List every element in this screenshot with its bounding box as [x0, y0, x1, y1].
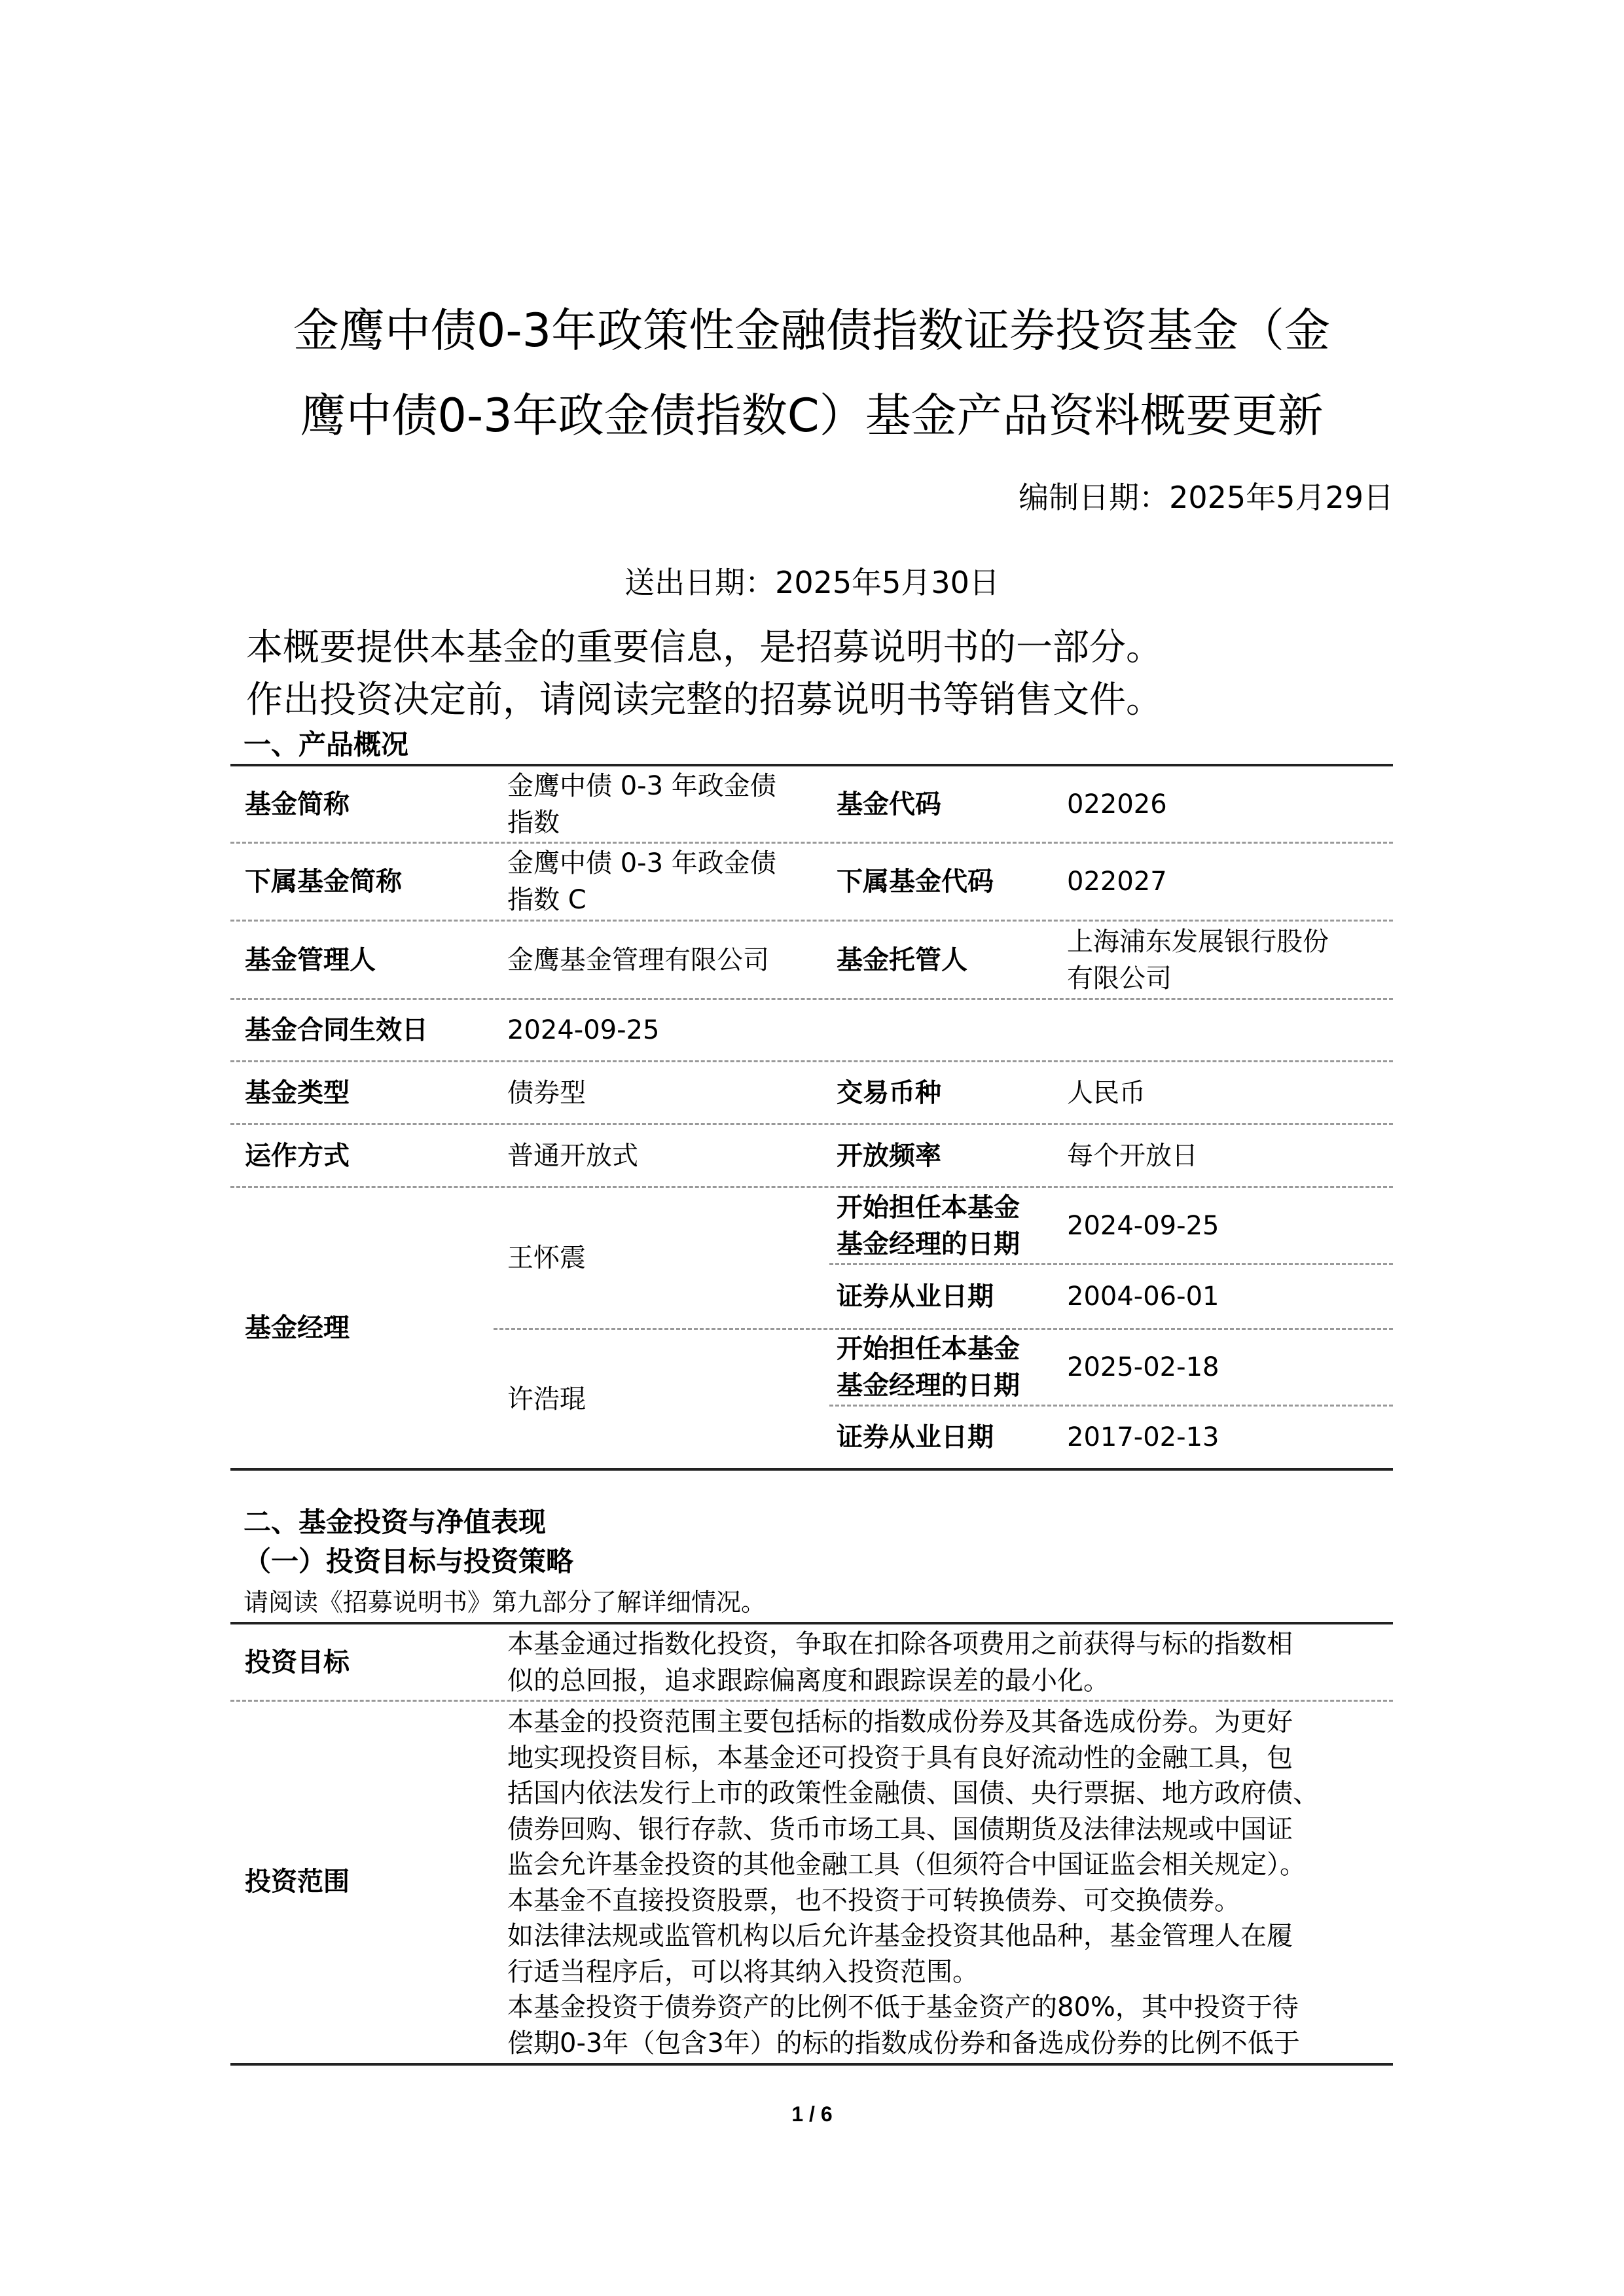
- row-divider: [230, 1060, 1393, 1062]
- label-fund-short-name: 基金简称: [245, 766, 350, 842]
- label-subfund-short-name: 下属基金简称: [245, 844, 402, 920]
- text-line: 如法律法规或监管机构以后允许基金投资其他品种，基金管理人在履: [507, 1918, 1293, 1954]
- product-overview-table: 基金简称 金鹰中债 0-3 年政金债 指数 基金代码 022026 下属基金简称…: [230, 764, 1393, 1471]
- section-1-heading: 一、产品概况: [244, 726, 408, 763]
- value-career-start-date: 2017-02-13: [1067, 1407, 1219, 1468]
- text-line: 偿期0-3年（包含3年）的标的指数成份券和备选成份券的比例不低于: [507, 2026, 1300, 2062]
- value-line: 上海浦东发展银行股份: [1067, 924, 1329, 960]
- value-line: 金鹰中债 0-3 年政金债: [507, 845, 776, 882]
- section-2-heading: 二、基金投资与净值表现: [244, 1504, 546, 1541]
- value-line: 指数 C: [507, 882, 586, 918]
- text-line: 本基金投资于债券资产的比例不低于基金资产的80%，其中投资于待: [507, 1990, 1299, 2026]
- label-fund-code: 基金代码: [837, 766, 941, 842]
- label-operation-mode: 运作方式: [245, 1125, 350, 1186]
- value-custodian: 上海浦东发展银行股份 有限公司: [1067, 922, 1329, 998]
- manager-name: 许浩琨: [507, 1330, 586, 1468]
- value-fund-short-name: 金鹰中债 0-3 年政金债 指数: [507, 766, 776, 842]
- investment-strategy-table: 投资目标 本基金通过指数化投资，争取在扣除各项费用之前获得与标的指数相 似的总回…: [230, 1622, 1393, 2067]
- value-career-start-date: 2004-06-01: [1067, 1265, 1219, 1328]
- row-divider: [230, 1123, 1393, 1125]
- table-bottom-rule: [230, 1468, 1393, 1471]
- label-trading-currency: 交易币种: [837, 1062, 941, 1123]
- text-line: 地实现投资目标，本基金还可投资于具有良好流动性的金融工具，包: [507, 1740, 1293, 1776]
- label-line: 基金经理的日期: [837, 1226, 1020, 1263]
- page-number: 1 / 6: [0, 2102, 1624, 2126]
- label-manager-start-date: 开始担任本基金 基金经理的日期: [837, 1330, 1020, 1405]
- compile-date: 编制日期：2025年5月29日: [1019, 478, 1394, 517]
- text-line: 本基金的投资范围主要包括标的指数成份券及其备选成份券。为更好: [507, 1704, 1293, 1740]
- document-title-line-1: 金鹰中债0-3年政策性金融债指数证券投资基金（金: [230, 288, 1393, 373]
- value-subfund-short-name: 金鹰中债 0-3 年政金债 指数 C: [507, 844, 776, 920]
- value-line: 金鹰中债 0-3 年政金债: [507, 768, 776, 804]
- value-fund-type: 债券型: [507, 1062, 586, 1123]
- value-trading-currency: 人民币: [1067, 1062, 1146, 1123]
- value-manager-start-date: 2024-09-25: [1067, 1188, 1219, 1263]
- value-investment-scope: 本基金的投资范围主要包括标的指数成份券及其备选成份券。为更好 地实现投资目标，本…: [507, 1704, 1319, 2062]
- text-line: 债券回购、银行存款、货币市场工具、国债期货及法律法规或中国证: [507, 1812, 1293, 1848]
- text-line: 行适当程序后，可以将其纳入投资范围。: [507, 1954, 979, 1990]
- label-contract-effective-date: 基金合同生效日: [245, 1000, 428, 1060]
- label-career-start-date: 证券从业日期: [837, 1407, 994, 1468]
- label-fund-type: 基金类型: [245, 1062, 350, 1123]
- row-divider: [230, 842, 1393, 844]
- manager-name: 王怀震: [507, 1188, 586, 1328]
- value-line: 指数: [507, 804, 560, 841]
- value-investment-objective: 本基金通过指数化投资，争取在扣除各项费用之前获得与标的指数相 似的总回报，追求跟…: [507, 1624, 1293, 1700]
- intro-line-1: 本概要提供本基金的重要信息，是招募说明书的一部分。: [246, 622, 1163, 674]
- text-line: 似的总回报，追求跟踪偏离度和跟踪误差的最小化。: [507, 1662, 1110, 1699]
- intro-line-2: 作出投资决定前，请阅读完整的招募说明书等销售文件。: [246, 674, 1163, 726]
- label-career-start-date: 证券从业日期: [837, 1265, 994, 1328]
- label-line: 开始担任本基金: [837, 1331, 1020, 1367]
- value-contract-effective-date: 2024-09-25: [507, 1000, 659, 1060]
- prospectus-note: 请阅读《招募说明书》第九部分了解详细情况。: [244, 1585, 766, 1619]
- value-fund-manager-company: 金鹰基金管理有限公司: [507, 922, 769, 998]
- label-fund-managers: 基金经理: [245, 1188, 350, 1468]
- text-line: 括国内依法发行上市的政策性金融债、国债、央行票据、地方政府债、: [507, 1776, 1319, 1812]
- table-top-rule: [230, 764, 1393, 766]
- value-subfund-code: 022027: [1067, 844, 1167, 920]
- value-fund-code: 022026: [1067, 766, 1167, 842]
- label-custodian: 基金托管人: [837, 922, 967, 998]
- label-investment-objective: 投资目标: [245, 1624, 350, 1700]
- section-2-subheading: （一）投资目标与投资策略: [244, 1543, 573, 1580]
- label-line: 基金经理的日期: [837, 1367, 1020, 1404]
- value-operation-mode: 普通开放式: [507, 1125, 638, 1186]
- text-line: 监会允许基金投资的其他金融工具（但须符合中国证监会相关规定）。: [507, 1847, 1306, 1883]
- table-bottom-rule: [230, 2063, 1393, 2066]
- label-manager-start-date: 开始担任本基金 基金经理的日期: [837, 1188, 1020, 1263]
- label-subfund-code: 下属基金代码: [837, 844, 994, 920]
- label-investment-scope: 投资范围: [245, 1702, 350, 2062]
- value-line: 有限公司: [1067, 960, 1172, 997]
- row-divider: [230, 1700, 1393, 1702]
- send-date: 送出日期：2025年5月30日: [0, 563, 1624, 602]
- label-line: 开始担任本基金: [837, 1189, 1020, 1226]
- label-fund-manager-company: 基金管理人: [245, 922, 376, 998]
- document-title-line-2: 鹰中债0-3年政金债指数C）基金产品资料概要更新: [230, 373, 1393, 458]
- value-open-frequency: 每个开放日: [1067, 1125, 1198, 1186]
- text-line: 本基金通过指数化投资，争取在扣除各项费用之前获得与标的指数相: [507, 1626, 1293, 1662]
- value-manager-start-date: 2025-02-18: [1067, 1330, 1219, 1405]
- label-open-frequency: 开放频率: [837, 1125, 941, 1186]
- text-line: 本基金不直接投资股票，也不投资于可转换债券、可交换债券。: [507, 1883, 1240, 1919]
